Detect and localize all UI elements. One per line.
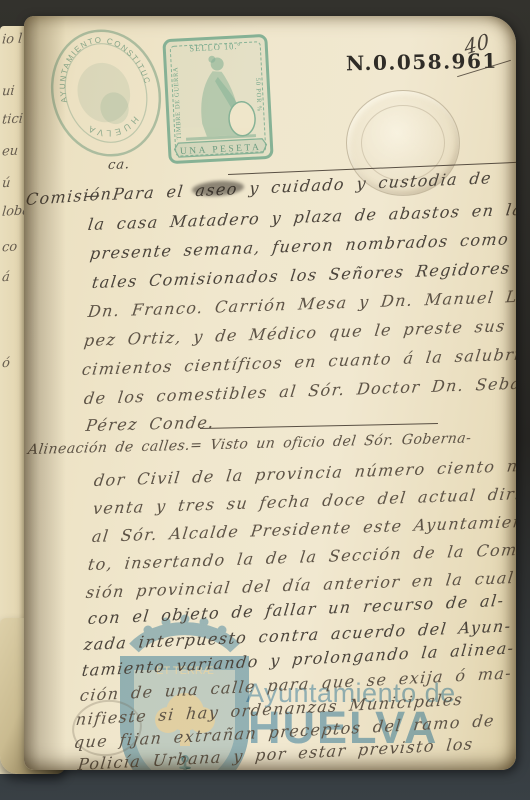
prev-page-text-fragment: ui	[1, 84, 15, 100]
manuscript-page: ET TERRÆ ⚓ Ayuntamiento de HUELVA	[24, 16, 516, 770]
manuscript-line: dor Civil de la provincia número ciento …	[93, 456, 516, 491]
manuscript-line: — Para el aseo y cuidado y custodia de	[83, 168, 493, 205]
revenue-stamp: SELLO 10.º TIMBRE DE GUERRA 50 POR % UNA…	[161, 32, 276, 165]
manuscript-line: presente semana, fueron nombrados como	[89, 229, 511, 263]
prev-page-text-fragment: tici	[1, 111, 23, 127]
prev-page-text-fragment: io l	[1, 31, 23, 47]
scanned-document: io l ui tici eu ú loba co á ó y ca ticu …	[0, 0, 530, 800]
prev-page-text-fragment: á	[1, 270, 10, 285]
manuscript-line: de los comestibles al Sór. Doctor Dn. Se…	[83, 372, 516, 408]
manuscript-line: al Sór. Alcalde Presidente este Ayuntami…	[91, 512, 516, 546]
manuscript-line: Pérez Conde.	[85, 413, 216, 435]
manuscript-line: pez Ortiz, y de Médico que le preste sus…	[83, 314, 516, 350]
manuscript-line: cimientos científicos en cuanto á la sal…	[81, 343, 516, 379]
manuscript-line: tales Comisionados los Señores Regidores	[91, 258, 512, 292]
manuscript-line: venta y tres su fecha doce del actual di…	[92, 483, 516, 518]
header-note: ca.	[107, 157, 131, 173]
prev-page-text-fragment: ú	[1, 176, 11, 192]
manuscript-line: to, insertando la de la Sección de la Co…	[87, 539, 516, 574]
prev-page-text-fragment: eu	[1, 144, 18, 160]
paragraph-end-rule	[200, 423, 438, 429]
prev-page-text-fragment: co	[1, 240, 17, 256]
prev-page-text-fragment: ó	[1, 356, 10, 371]
manuscript-line: la casa Matadero y plaza de abastos en l…	[87, 200, 516, 234]
manuscript-line: Dn. Franco. Carrión Mesa y Dn. Manuel Ló…	[87, 286, 516, 321]
